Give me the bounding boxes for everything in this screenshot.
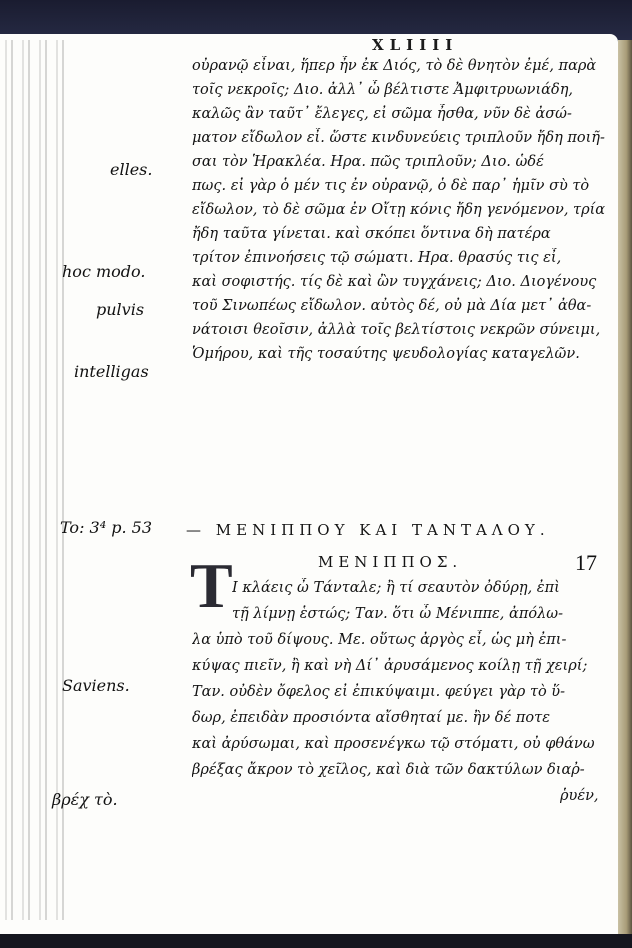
text-line: τοῖς νεκροῖς; Διο. ἀλλ᾽ ὦ βέλτιστε Ἀμφιτ… <box>192 80 616 100</box>
text-line: νάτοισι θεοῖσιν, ἀλλὰ τοῖς βελτίστοις νε… <box>192 320 616 340</box>
text-line: Ταν. οὐδὲν ὄφελος εἰ ἐπικύψαιμι. φεύγει … <box>192 682 616 702</box>
folio-number: XLIIII <box>372 36 458 54</box>
text-line: δωρ, ἐπειδὰν προσιόντα αἴσθηταί με. ἢν δ… <box>192 708 616 728</box>
text-line: ἤδη ταῦτα γίνεται. καὶ σκόπει ὅντινα δὴ … <box>192 224 616 244</box>
text-line: καὶ ἀρύσωμαι, καὶ προσενέγκω τῷ στόματι,… <box>192 734 616 754</box>
text-line: τρίτον ἐπινοήσεις τῷ σώματι. Ηρα. θρασύς… <box>192 248 616 268</box>
text-line: Ὁμήρου, καὶ τῆς τοσαύτης ψευδολογίας κατ… <box>192 344 616 364</box>
text-line: Ι κλάεις ὦ Τάνταλε; ἢ τί σεαυτὸν ὀδύρῃ, … <box>232 578 616 598</box>
text-line: τοῦ Σινωπέως εἴδωλον. αὐτὸς δέ, οὐ μὰ Δί… <box>192 296 616 316</box>
text-line: κύψας πιεῖν, ἢ καὶ νὴ Δί᾽ ἀρυσάμενος κοί… <box>192 656 616 676</box>
margin-note-hoc-modo: hoc modo. <box>62 262 145 281</box>
text-line: τῇ λίμνῃ ἑστώς; Ταν. ὅτι ὦ Μένιππε, ἀπόλ… <box>232 604 616 624</box>
margin-note-reference: To: 3⁴ p. 53 <box>60 518 152 537</box>
margin-note-elles: elles. <box>110 160 152 179</box>
text-line: οὐρανῷ εἶναι, ἥπερ ἦν ἐκ Διός, τὸ δὲ θνη… <box>192 56 616 76</box>
section-title: — ΜΕΝΙΠΠΟΥ ΚΑΙ ΤΑΝΤΑΛΟΥ. <box>186 520 610 540</box>
margin-note-pulvis: pulvis <box>96 300 144 319</box>
scanner-background-bottom <box>0 934 632 948</box>
text-line: ῥυέν, <box>560 786 620 806</box>
text-line: εἴδωλον, τὸ δὲ σῶμα ἐν Οἴτῃ κόνις ἤδη γε… <box>192 200 616 220</box>
margin-note-intelligas: intelligas <box>74 362 149 381</box>
page-edge <box>618 40 632 936</box>
text-line: βρέξας ἄκρον τὸ χεῖλος, καὶ διὰ τῶν δακτ… <box>192 760 616 780</box>
text-line: σαι τὸν Ἡρακλέα. Ηρα. πῶς τριπλοῦν; Διο.… <box>192 152 616 172</box>
text-line: ματον εἴδωλον εἶ. ὥστε κινδυνεύεις τριπλ… <box>192 128 616 148</box>
speaker-heading: ΜΕΝΙΠΠΟΣ. <box>318 552 518 572</box>
text-line: καὶ σοφιστής. τίς δὲ καὶ ὢν τυγχάνεις; Δ… <box>192 272 616 292</box>
handwritten-page-mark: 17 <box>575 550 597 576</box>
binding-gutter <box>0 40 70 920</box>
margin-note-saviens: Saviens. <box>62 676 130 695</box>
drop-cap: T <box>190 554 233 618</box>
margin-note-brecto: βρέχ τὸ. <box>52 790 118 809</box>
text-line: λα ὑπὸ τοῦ δίψους. Με. οὕτως ἀργὸς εἶ, ὡ… <box>192 630 616 650</box>
text-line: πως. εἰ γὰρ ὁ μέν τις ἐν οὐρανῷ, ὁ δὲ πα… <box>192 176 616 196</box>
text-line: καλῶς ἂν ταῦτ᾽ ἔλεγες, εἰ σῶμα ἦσθα, νῦν… <box>192 104 616 124</box>
